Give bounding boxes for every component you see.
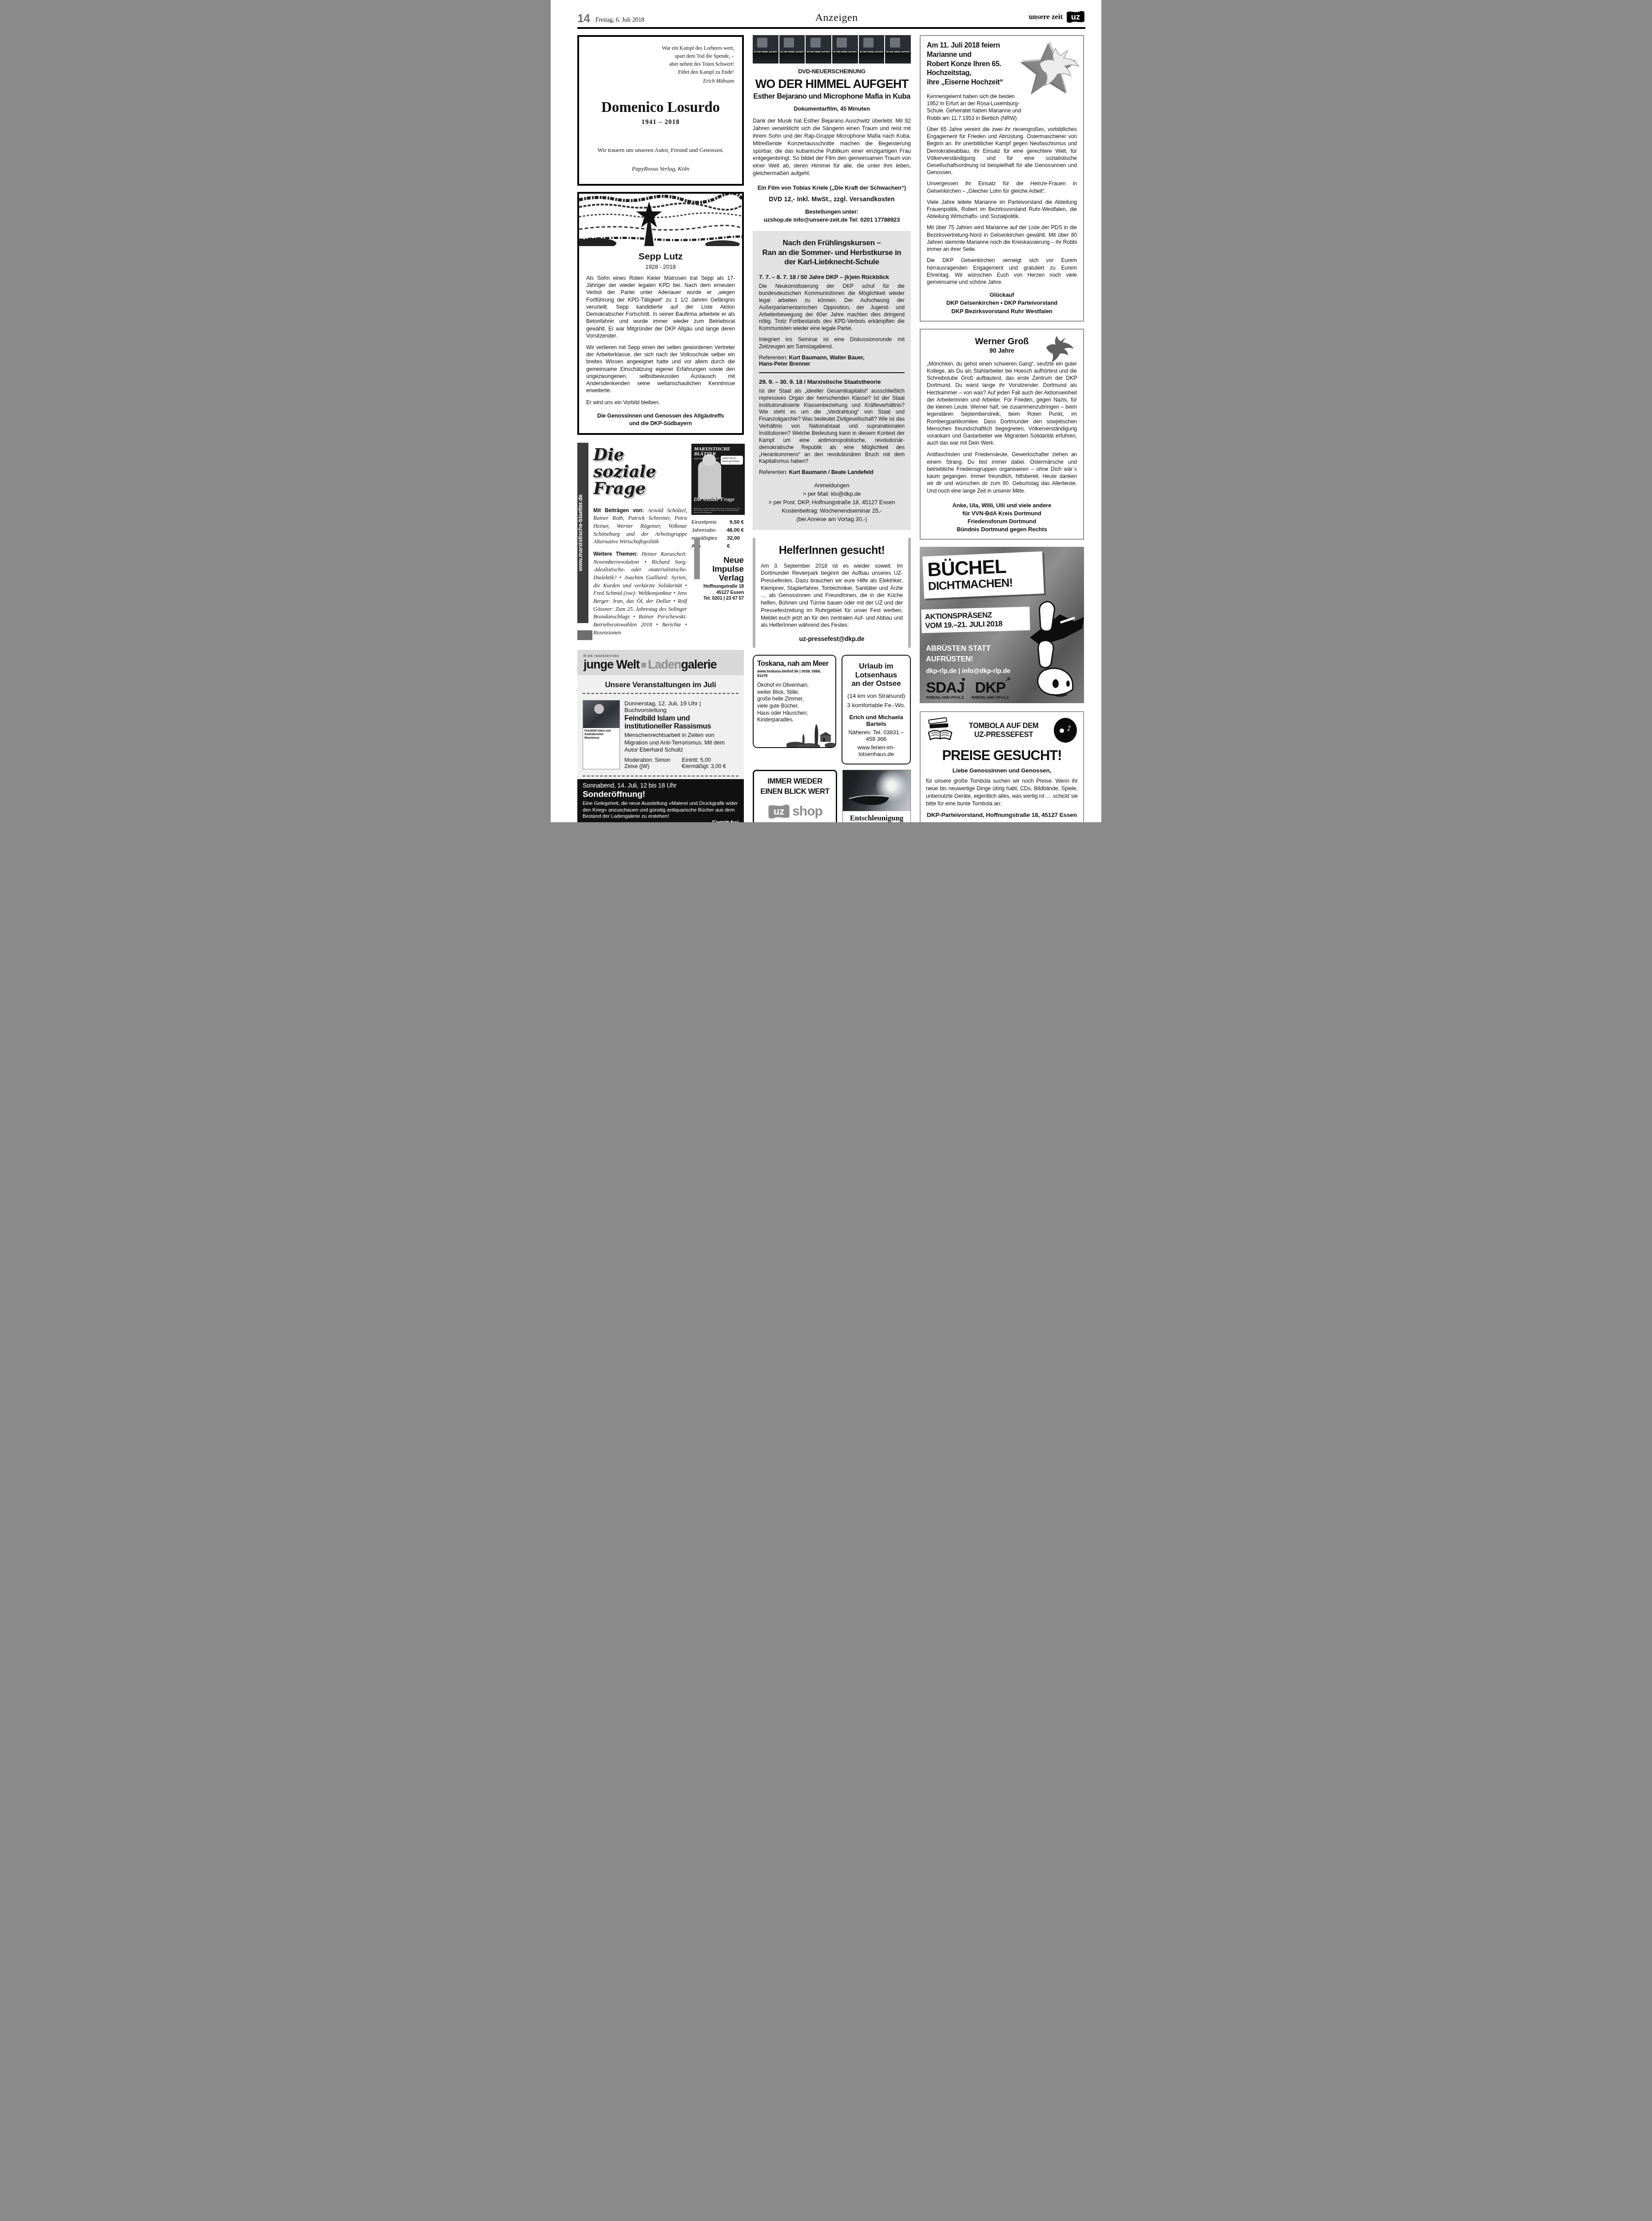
column-right: Am 11. Juli 2018 feiern Marianne und Rob… bbox=[920, 35, 1084, 822]
fist-jet-illustration bbox=[1017, 599, 1084, 703]
toskana-title: Toskana, nah am Meer bbox=[757, 660, 832, 668]
ad-buechel: BÜCHEL DICHTMACHEN! AKTIONSPRÄSENZ VOM 1… bbox=[920, 547, 1084, 703]
course-1-body: Die Neukonstituierung der DKP schuf für … bbox=[759, 283, 905, 332]
cover-caption: Mit Beiträgen von: Arnold Schölzel, Rain… bbox=[692, 508, 744, 514]
buechel-contact: dkp-rlp.de | info@dkp-rlp.de bbox=[926, 668, 1010, 675]
jw-logo-part-c: galerie bbox=[681, 658, 717, 671]
magazine-logo: MARXISTISCHE BLÄTTER bbox=[692, 444, 744, 457]
magazine-cover: MARXISTISCHE BLÄTTER www.marxistische-bl… bbox=[691, 444, 745, 515]
themes-label: Weitere Themen: bbox=[593, 551, 642, 557]
entschleunigung-title: Entschleunigung bbox=[846, 814, 907, 822]
ad-dvd: WO DER HIMMEL AUFGEHT WO DER HIMMEL AUFG… bbox=[753, 35, 911, 224]
tombola-heading: TOMBOLA AUF DEM UZ-PRESSEFEST bbox=[958, 721, 1049, 740]
obituary-paragraph: Als Sohn eines Roten Kieler Matrosen tra… bbox=[586, 275, 735, 339]
obituary-paragraph: Er wird uns ein Vorbild bleiben. bbox=[586, 399, 735, 406]
hammer-sickle-icon: ☭ bbox=[1005, 676, 1011, 683]
dvd-cover-thumb: WO DER HIMMEL AUFGEHT bbox=[859, 35, 885, 64]
music-disc-icon: ♪ bbox=[1053, 717, 1078, 743]
dvd-cover-strip: WO DER HIMMEL AUFGEHT WO DER HIMMEL AUFG… bbox=[753, 35, 911, 64]
price-value: 9,50 € bbox=[730, 518, 744, 526]
book-cover-photo bbox=[583, 701, 619, 728]
column-middle: WO DER HIMMEL AUFGEHT WO DER HIMMEL AUFG… bbox=[753, 35, 911, 822]
gray-bar-decoration bbox=[694, 538, 700, 579]
dvd-subtitle: Esther Bejarano und Microphone Mafia in … bbox=[753, 92, 911, 101]
anniversary-paragraph: Mit über 75 Jahren wird Marianne auf der… bbox=[927, 224, 1077, 253]
star-dove-icon bbox=[1013, 40, 1080, 98]
anniversary-paragraph: Die DKP Gelsenkirchen verneigt sich vor … bbox=[927, 257, 1077, 286]
lotsenhaus-hosts: Erich und Michaela Bartels bbox=[847, 714, 905, 727]
page-date: Freitag, 6. Juli 2018 bbox=[596, 17, 644, 24]
woodcut-illustration bbox=[579, 194, 742, 246]
special-date: Sonnabend, 14. Juli, 12 bis 18 Uhr bbox=[583, 782, 739, 789]
brand: unsere zeit uz bbox=[1029, 10, 1085, 24]
poem-author: Erich Mühsam bbox=[587, 78, 734, 84]
section-title: Anzeigen bbox=[644, 12, 1029, 24]
tombola-salutation: Liebe Genossinnen und Genossen, bbox=[926, 767, 1078, 774]
jw-logo-part-a: junge Welt bbox=[584, 658, 639, 671]
anniversary-paragraph: Viele Jahre leitete Marianne im Parteivo… bbox=[927, 199, 1077, 220]
vertical-url-bar: www.marxistische-blaetter.de bbox=[577, 443, 588, 623]
ad-marxistische-blaetter: www.marxistische-blaetter.de Die soziale… bbox=[577, 441, 744, 644]
ad-lotsenhaus: Urlaub im Lotsenhaus an der Ostsee (14 k… bbox=[842, 655, 911, 764]
course-1-title: 7. 7. – 8. 7. 18 / 50 Jahre DKP – (k)ein… bbox=[759, 274, 905, 280]
page-header: 14 Freitag, 6. Juli 2018 Anzeigen unsere… bbox=[577, 10, 1085, 29]
dove-icon bbox=[1042, 333, 1077, 363]
ad-werner-gross: Werner Groß 90 Jahre „Mönchlein, du gehs… bbox=[920, 329, 1084, 540]
sdaj-logo-text: SDAJ bbox=[926, 680, 965, 695]
event-date: Donnerstag, 12. Juli, 19 Uhr | Buchvorst… bbox=[624, 700, 739, 713]
price-value: 32,00 € bbox=[727, 534, 744, 550]
deceased-years: 1928 - 2018 bbox=[586, 263, 735, 270]
buechel-slogan: ABRÜSTEN STATT AUFRÜSTEN! bbox=[926, 644, 991, 665]
jw-logo: junge WeltLadengalerie bbox=[584, 658, 738, 672]
dvd-order-contact: Bestellungen unter: uzshop.de info@unser… bbox=[753, 208, 911, 224]
event-fee: Eintritt: 5,00 €/ermäßigt: 3,00 € bbox=[682, 757, 739, 769]
uz-shop-flag-icon: uz bbox=[767, 803, 790, 820]
ad-entschleunigung: Entschleunigung Ruhe & Natur satt im Mür… bbox=[842, 770, 911, 822]
special-body: Eine Gelegeheit, die neue Ausstellung »M… bbox=[583, 800, 739, 820]
brand-name: unsere zeit bbox=[1029, 12, 1063, 21]
anniversary-paragraph: Kennengelernt haben sich die beiden 1952… bbox=[927, 93, 1023, 122]
helfer-body: Am 3. September 2018 ist es wieder sowei… bbox=[761, 562, 903, 629]
themes: Weitere Themen: Heiner Karuscheit: Novem… bbox=[593, 550, 687, 637]
deceased-name: Sepp Lutz bbox=[586, 251, 735, 262]
ad-title: Die soziale Frage bbox=[593, 446, 687, 497]
dashed-divider bbox=[583, 776, 739, 776]
toskana-contact: www.toskana-biohof.de | 0039. 0566. 8147… bbox=[757, 669, 832, 678]
robot-illustration bbox=[698, 461, 721, 499]
anniversary-paragraph: Unvergessen ihr Einsatz für die Heinze-F… bbox=[927, 180, 1077, 194]
themes-list: Heiner Karuscheit: Novemberrevolution • … bbox=[593, 551, 687, 636]
ad-helfer-gesucht: HelferInnen gesucht! Am 3. September 201… bbox=[753, 538, 911, 648]
sdaj-region: RHEINLAND-PFALZ bbox=[926, 695, 965, 700]
events-heading: Unsere Veranstaltungen im Juli bbox=[583, 681, 739, 689]
dkp-region: RHEINLAND-PFALZ bbox=[972, 695, 1009, 700]
dvd-cover-thumb: WO DER HIMMEL AUFGEHT bbox=[753, 35, 778, 64]
referents-label: Referenten: bbox=[759, 354, 789, 361]
course-2-title: 29. 9. – 30. 9. 18 / Marxistische Staats… bbox=[759, 378, 905, 385]
dvd-format: Dokumentarfilm, 45 Minuten bbox=[753, 105, 911, 112]
helfer-email: uz-pressefest@dkp.de bbox=[761, 635, 903, 642]
referents-names: Kurt Baumann / Beate Landefeld bbox=[789, 469, 874, 475]
obituary-losurdo: War ein Kampf des Lorbeers wert, spart d… bbox=[577, 35, 744, 186]
buechel-title-box: BÜCHEL DICHTMACHEN! bbox=[922, 552, 1044, 599]
book-cover: Feindbild Islam und institutioneller Ras… bbox=[583, 700, 620, 769]
jw-header-band: DIE TAGESZEITUNG junge WeltLadengalerie bbox=[577, 650, 744, 675]
contributors-label: Mit Beiträgen von: bbox=[593, 507, 648, 513]
lotsenhaus-url: www.ferien-im-lotsenhaus.de bbox=[847, 744, 905, 757]
dvd-body: Dank der Musik hat Esther Bejarano Ausch… bbox=[753, 117, 911, 177]
anniversary-paragraph: Über 65 Jahre vereint die zwei ihr riese… bbox=[927, 126, 1077, 176]
uzshop-logo-text: shop bbox=[792, 804, 822, 819]
price-label: Jahresabo bbox=[691, 526, 715, 534]
dvd-kicker: DVD-NEUERSCHEINUNG bbox=[753, 68, 911, 75]
prize-icons-row bbox=[926, 822, 1078, 822]
tombola-body: für unsere große Tombola suchen wir noch… bbox=[926, 777, 1078, 807]
helfer-title: HelferInnen gesucht! bbox=[761, 544, 903, 557]
dvd-cover-thumb: WO DER HIMMEL AUFGEHT bbox=[832, 35, 858, 64]
jw-logo-square-icon bbox=[641, 663, 646, 668]
dvd-cover-thumb: WO DER HIMMEL AUFGEHT bbox=[779, 35, 805, 64]
uzshop-logo: uz shop bbox=[758, 803, 832, 820]
svg-text:uz: uz bbox=[1071, 12, 1080, 21]
uz-logo-icon: uz bbox=[1066, 10, 1085, 24]
anniversary-headline: Am 11. Juli 2018 feiern Marianne und Rob… bbox=[927, 41, 1020, 88]
lotsenhaus-title: Urlaub im Lotsenhaus an der Ostsee bbox=[847, 662, 905, 688]
price-row: Jahresabo 48,00 € bbox=[691, 526, 744, 534]
price-row: Einzelpreis 9,50 € bbox=[691, 518, 744, 526]
dvd-title: WO DER HIMMEL AUFGEHT bbox=[753, 78, 911, 90]
dashed-divider bbox=[583, 693, 739, 694]
anniversary-signature: Glückauf DKP Gelsenkirchen • DKP Parteiv… bbox=[927, 291, 1077, 315]
ad-uzshop: IMMER WIEDER EINEN BLICK WERT uz shop ww… bbox=[753, 770, 837, 822]
mourning-line: Wir trauern um unseren Autor, Freund und… bbox=[587, 147, 734, 154]
dkp-logo-text: DKP bbox=[972, 680, 1009, 695]
deceased-name: Domenico Losurdo bbox=[587, 100, 734, 116]
obituary-sepp-lutz: Sepp Lutz 1928 - 2018 Als Sohn eines Rot… bbox=[577, 192, 744, 435]
price-label: Einzelpreis bbox=[691, 518, 717, 526]
dvd-cover-thumb: WO DER HIMMEL AUFGEHT bbox=[806, 35, 831, 64]
books-icon bbox=[926, 717, 954, 743]
uzshop-slogan: IMMER WIEDER EINEN BLICK WERT bbox=[758, 776, 832, 797]
column-left: War ein Kampf des Lorbeers wert, spart d… bbox=[577, 35, 744, 822]
jw-logo-part-b: Laden bbox=[648, 658, 681, 671]
tombola-title: PREISE GESUCHT! bbox=[926, 748, 1078, 764]
lake-boat-photo bbox=[843, 770, 910, 811]
referents-label: Referenten: bbox=[759, 469, 789, 475]
lotsenhaus-distance: (14 km von Stralsund) bbox=[847, 693, 905, 699]
cover-title: Die soziale Frage bbox=[694, 496, 735, 503]
publisher-name: Neue Impulse Verlag bbox=[703, 556, 744, 583]
price-value: 48,00 € bbox=[727, 526, 744, 534]
publisher-signature: PapyRossa Verlag, Köln bbox=[587, 165, 734, 172]
divider bbox=[759, 372, 905, 373]
event-item: Feindbild Islam und institutioneller Ras… bbox=[583, 697, 739, 773]
birthday-paragraph: Antifaschisten und Friedensleute, Gewerk… bbox=[927, 451, 1077, 494]
dvd-price: DVD 12,- Inkl. MwSt., zzgl. Versandkoste… bbox=[753, 195, 911, 203]
jw-tagline: DIE TAGESZEITUNG bbox=[584, 654, 738, 658]
ad-karl-liebknecht-schule: Nach den Frühlingskursen – Ran an die So… bbox=[753, 231, 911, 529]
birthday-paragraph: „Mönchlein, du gehst einen schweren Gang… bbox=[927, 360, 1077, 447]
svg-text:♪: ♪ bbox=[1067, 724, 1071, 732]
special-fee: Eintritt frei bbox=[583, 820, 739, 822]
birthday-signature: Anke, Ula, Willi, Ulli und viele andere … bbox=[927, 502, 1077, 534]
registration-info: Anmeldungen > per Mail: kls@dkp.de > per… bbox=[759, 482, 905, 523]
course-1-referents: Referenten: Kurt Baumann, Walter Bauer, … bbox=[759, 354, 905, 367]
event-subtitle: Menschenrechtsarbeit in Zeiten von Migra… bbox=[624, 732, 739, 753]
newspaper-page: 14 Freitag, 6. Juli 2018 Anzeigen unsere… bbox=[551, 0, 1101, 822]
tuscany-landscape-icon bbox=[786, 714, 835, 747]
deceased-years: 1941 – 2018 bbox=[587, 119, 734, 126]
ad-jungewelt-ladengalerie: DIE TAGESZEITUNG junge WeltLadengalerie … bbox=[577, 650, 744, 822]
special-opening-band: Sonnabend, 14. Juli, 12 bis 18 Uhr Sonde… bbox=[577, 779, 744, 822]
svg-text:uz: uz bbox=[774, 806, 784, 817]
publisher-address: Hoffnungstraße 18 45127 Essen Tel. 0201 … bbox=[703, 584, 744, 602]
dvd-cover-thumb: WO DER HIMMEL AUFGEHT bbox=[885, 35, 911, 64]
event-title: Feindbild Islam und institutioneller Ras… bbox=[624, 714, 739, 730]
ad-tombola: TOMBOLA AUF DEM UZ-PRESSEFEST ♪ PREISE G… bbox=[920, 711, 1084, 822]
obituary-signature: Die Genossinnen und Genossen des Allgäut… bbox=[586, 412, 735, 427]
star-icon: ★ bbox=[961, 676, 966, 683]
course-2-body: Ist der Staat als „ideeller Gesamtkapita… bbox=[759, 388, 905, 465]
obituary-poem: War ein Kampf des Lorbeers wert, spart d… bbox=[587, 44, 734, 76]
dkp-logo: ☭ DKP RHEINLAND-PFALZ bbox=[972, 680, 1009, 700]
dvd-film-credit: Ein Film von Tobias Kriele („Die Kraft d… bbox=[753, 184, 911, 191]
speech-bubble: Jede/r hat ein Recht auf Arbeit! bbox=[721, 456, 743, 465]
course-1-body2: Integriert ins Seminar ist eine Diskussi… bbox=[759, 336, 905, 350]
buechel-dates-box: AKTIONSPRÄSENZ VOM 19.–21. JULI 2018 bbox=[921, 607, 1030, 633]
page-number: 14 bbox=[577, 12, 590, 24]
event-moderation: Moderation: Simon Zeise (jW) bbox=[624, 757, 679, 769]
obituary-paragraph: Wir verlieren mit Sepp einen der selten … bbox=[586, 344, 735, 394]
contributors: Mit Beiträgen von: Arnold Schölzel, Rain… bbox=[593, 507, 687, 546]
canoe-icon bbox=[846, 784, 899, 810]
ad-konze-anniversary: Am 11. Juli 2018 feiern Marianne und Rob… bbox=[920, 35, 1084, 322]
ad-toskana: Toskana, nah am Meer www.toskana-biohof.… bbox=[753, 655, 836, 748]
special-title: Sonderöffnung! bbox=[583, 790, 739, 800]
sdaj-logo: ★ SDAJ RHEINLAND-PFALZ bbox=[926, 680, 965, 700]
book-cover-title: Feindbild Islam und institutioneller Ras… bbox=[583, 728, 619, 741]
gray-square-decoration bbox=[577, 630, 592, 640]
tombola-address: DKP-Parteivorstand, Hoffnungstraße 18, 4… bbox=[926, 812, 1078, 818]
kls-title: Nach den Frühlingskursen – Ran an die So… bbox=[759, 238, 905, 267]
lotsenhaus-phone: Näheres: Tel. 03831 – 459 366 bbox=[847, 729, 905, 742]
lotsenhaus-apartments: 3 komfortable Fe.-Wo. bbox=[847, 702, 905, 708]
course-2-referents: Referenten: Kurt Baumann / Beate Landefe… bbox=[759, 469, 905, 475]
